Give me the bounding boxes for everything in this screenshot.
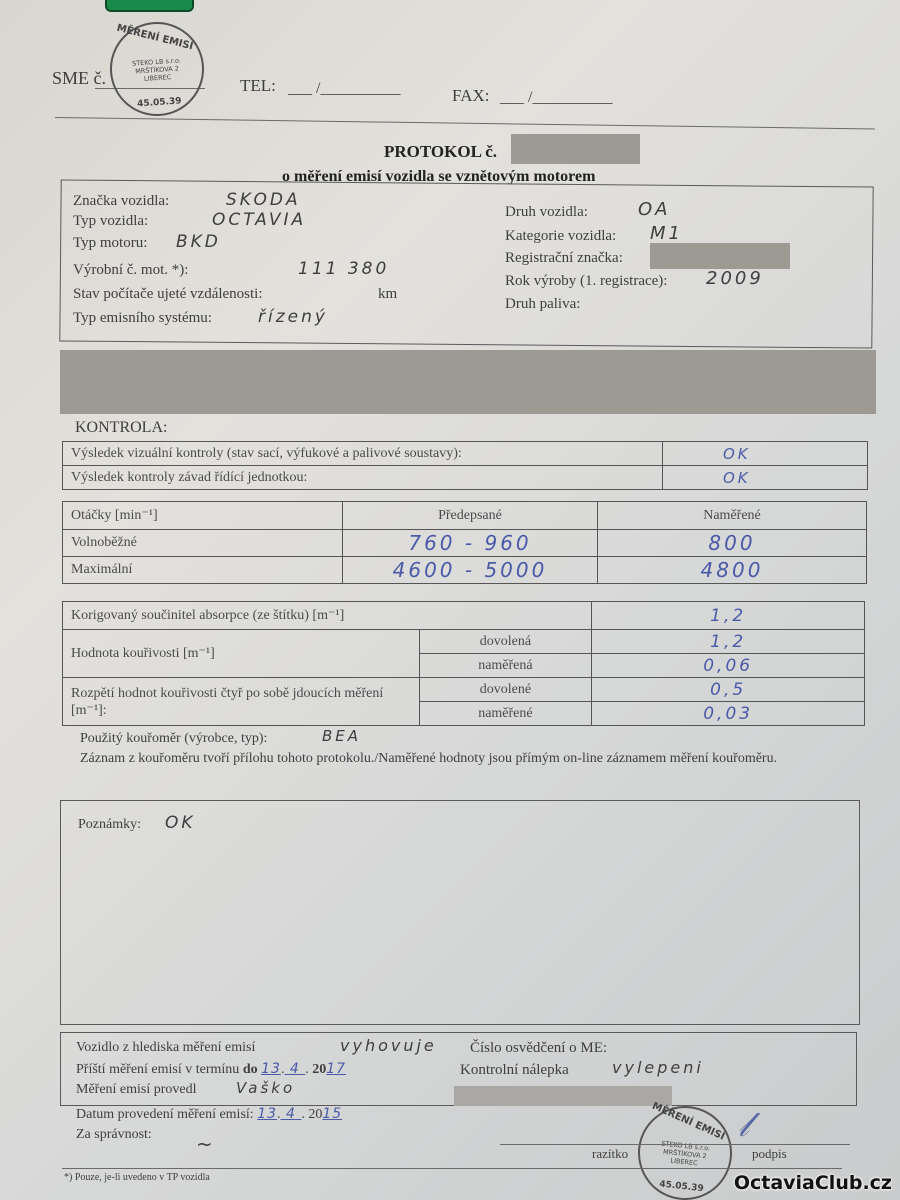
tel-value: ___ /__________ (288, 80, 400, 98)
vehicle-field-label: Typ emisního systému: (73, 310, 212, 327)
stamp-label: razítko (592, 1146, 628, 1162)
next-measurement: Příští měření emisí v termínu do 13. 4 .… (76, 1061, 346, 1078)
table-row: Volnoběžné 760 - 960 800 (63, 530, 867, 557)
signature-label: podpis (752, 1146, 787, 1162)
correctness-signature: ~ (196, 1132, 216, 1156)
sme-label: SME č. (52, 68, 106, 89)
vehicle-field-label: Typ motoru: (73, 235, 147, 252)
vehicle-field-label: Stav počítače ujeté vzdálenosti: (73, 286, 263, 303)
measurement-date: Datum provedení měření emisí: 13. 4 . 20… (76, 1106, 342, 1123)
fax-value: ___ /__________ (500, 89, 612, 107)
notes-box (60, 800, 860, 1025)
notes-value: OK (165, 813, 196, 833)
fax-label: FAX: (452, 86, 489, 106)
vehicle-field-label: Registrační značka: (505, 250, 623, 267)
inspector-redacted (454, 1086, 672, 1106)
table-row: Rozpětí hodnot kouřivosti čtyř po sobě j… (63, 678, 865, 702)
vehicle-field-label: Rok výroby (1. registrace): (505, 273, 667, 290)
performed-by-label: Měření emisí provedl (76, 1082, 197, 1098)
smoke-table: Korigovaný součinitel absorpce (ze štítk… (62, 601, 865, 726)
vehicle-field-value: M1 (650, 223, 683, 244)
registration-plate-redacted (650, 243, 790, 269)
smoke-meter-label: Použitý kouřoměr (výrobce, typ): (80, 731, 267, 747)
vehicle-field-value: BKD (176, 232, 221, 252)
table-row: Maximální 4600 - 5000 4800 (63, 557, 867, 584)
performed-by-value: Vaško (236, 1079, 295, 1097)
watermark: OctaviaClub.cz (734, 1172, 892, 1194)
stamp-bottom: MĚŘENÍ EMISÍ STEKO LB s.r.o.MRŠTÍKOVA 2L… (633, 1101, 736, 1200)
vehicle-field-label: Značka vozidla: (73, 193, 169, 210)
smoke-meter-value: BEA (322, 727, 361, 745)
tel-label: TEL: (240, 76, 276, 96)
vehicle-field-value: 111 380 (298, 259, 389, 279)
vehicle-field-value: SKODA (226, 190, 301, 210)
table-row: Výsledek vizuální kontroly (stav sací, v… (63, 442, 868, 466)
table-row: Korigovaný součinitel absorpce (ze štítk… (63, 602, 865, 630)
green-folder-tab (105, 0, 194, 12)
table-header-row: Otáčky [min⁻¹] Předepsané Naměřené (63, 502, 867, 530)
owner-info-redacted (60, 350, 876, 414)
stamp-top: MĚŘENÍ EMISÍ STEKO LB s.r.o.MRŠTÍKOVA 2L… (107, 19, 207, 119)
smoke-meter-note: Záznam z kouřoměru tvoří přílohu tohoto … (80, 750, 840, 768)
vehicle-field-value: OCTAVIA (212, 210, 306, 230)
sticker-value: vylepeni (612, 1058, 704, 1077)
kontrola-table: Výsledek vizuální kontroly (stav sací, v… (62, 441, 868, 490)
vehicle-field-unit: km (378, 286, 397, 303)
correctness-label: Za správnost: (76, 1127, 152, 1143)
footnote: *) Pouze, je-li uvedeno v TP vozidla (64, 1172, 210, 1183)
vehicle-field-label: Druh vozidla: (505, 204, 588, 221)
notes-label: Poznámky: (78, 817, 141, 833)
vehicle-field-label: Výrobní č. mot. *): (73, 262, 188, 279)
vehicle-field-value: OA (638, 199, 670, 220)
table-row: Výsledek kontroly závad řídící jednotkou… (63, 466, 868, 490)
kontrola-heading: KONTROLA: (75, 419, 167, 437)
sticker-label: Kontrolní nálepka (460, 1062, 569, 1079)
vehicle-field-label: Typ vozidla: (73, 213, 148, 230)
inspector-signature: 𝓁 (738, 1105, 752, 1145)
vehicle-result-label: Vozidlo z hlediska měření emisí (76, 1040, 255, 1056)
protocol-number-redacted (511, 134, 640, 164)
certificate-label: Číslo osvědčení o ME: (470, 1040, 607, 1057)
vehicle-field-value: 2009 (706, 268, 764, 289)
table-row: Hodnota kouřivosti [m⁻¹] dovolená 1,2 (63, 630, 865, 654)
vehicle-field-value: řízený (258, 307, 328, 327)
rpm-table: Otáčky [min⁻¹] Předepsané Naměřené Volno… (62, 501, 867, 584)
vehicle-result-value: vyhovuje (340, 1036, 437, 1055)
vehicle-field-label: Kategorie vozidla: (505, 228, 616, 245)
protocol-title: PROTOKOL č. (384, 142, 497, 162)
vehicle-field-label: Druh paliva: (505, 296, 580, 313)
